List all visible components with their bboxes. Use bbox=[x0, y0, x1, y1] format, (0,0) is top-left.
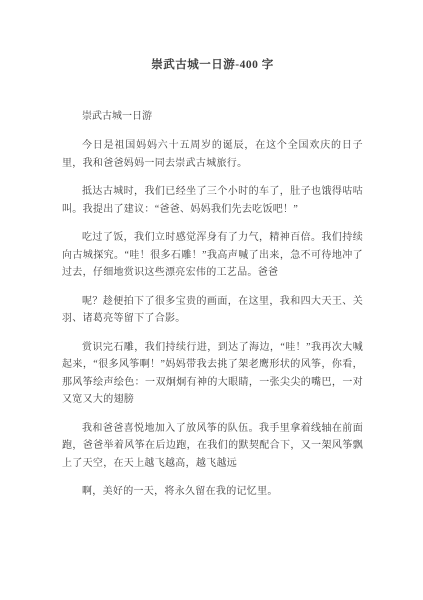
essay-paragraph-6: 我和爸爸喜悦地加入了放风筝的队伍。我手里拿着线轴在前面跑，爸爸举着风筝在后边跑，… bbox=[62, 420, 363, 473]
essay-paragraph-4: 呢？趁便拍下了很多宝贵的画面，在这里，我和四大天王、关羽、诸葛亮等留下了合影。 bbox=[62, 293, 363, 328]
document-subtitle: 崇武古城一日游 bbox=[62, 109, 363, 124]
essay-paragraph-7: 啊，美好的一天，将永久留在我的记忆里。 bbox=[62, 483, 363, 501]
essay-paragraph-2: 抵达古城时，我们已经坐了三个小时的车了，肚子也饿得咕咕叫。我提出了建议：“爸爸、… bbox=[62, 183, 363, 218]
document-title: 崇武古城一日游-400 字 bbox=[62, 58, 363, 73]
document-page: 崇武古城一日游-400 字 崇武古城一日游 今日是祖国妈妈六十五周岁的诞辰，在这… bbox=[0, 0, 423, 600]
essay-paragraph-3: 吃过了饭，我们立时感觉浑身有了力气，精神百倍。我们持续向古城探究。“哇！很多石雕… bbox=[62, 229, 363, 282]
essay-paragraph-1: 今日是祖国妈妈六十五周岁的诞辰，在这个全国欢庆的日子里，我和爸爸妈妈一同去崇武古… bbox=[62, 137, 363, 172]
essay-paragraph-5: 赏识完石雕，我们持续行进，到达了海边，“哇！”我再次大喊起来，“很多风筝啊！”妈… bbox=[62, 339, 363, 409]
